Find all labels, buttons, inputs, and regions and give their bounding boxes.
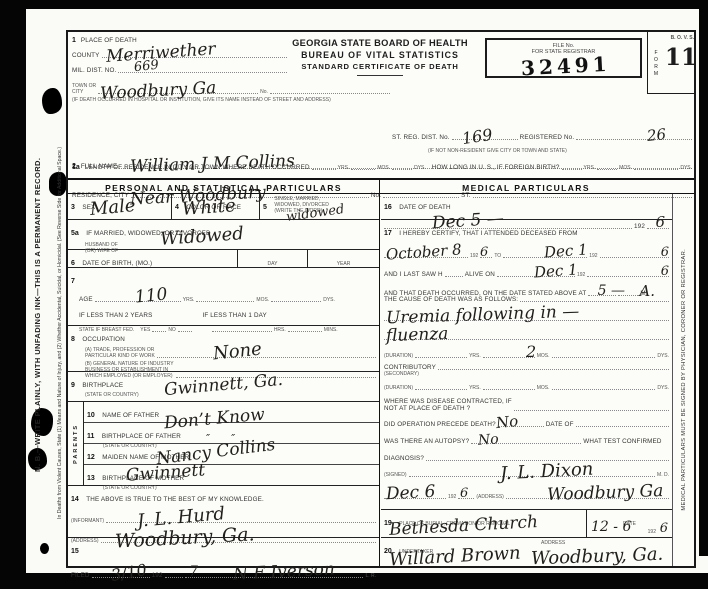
cause-label: THE CAUSE OF DEATH WAS AS FOLLOWS:: [384, 296, 518, 303]
county-label: COUNTY: [72, 52, 100, 59]
dotted-line: [520, 299, 669, 302]
scanned-death-certificate: N. B.—WRITE PLAINLY, WITH UNFADING INK—T…: [0, 0, 708, 589]
mos-label: MOS.: [537, 353, 550, 359]
last-saw-label: AND I LAST SAW H: [384, 271, 443, 278]
foreign-birth-label: HOW LONG IN U. S., IF FOREIGN BIRTH?: [432, 164, 560, 171]
length-of-residence-row: 1a LENGTH OF RESIDENCE IN CITY OR TOWN W…: [72, 164, 692, 171]
filed-year-value: 7: [189, 565, 198, 579]
occupation-a-label2: PARTICULAR KIND OF WORK: [85, 353, 155, 359]
field-number: 11: [87, 433, 94, 440]
registered-no-label: REGISTERED No.: [520, 134, 575, 141]
dotted-line: [576, 424, 669, 427]
place-of-death-label: PLACE OF DEATH: [81, 37, 137, 44]
field-number: 5: [263, 204, 267, 211]
decorative-element: WHERE WAS DISEASE CONTRACTED, IF NOT AT …: [384, 398, 512, 412]
county-value: Merriwether: [106, 41, 217, 66]
less-than-2-years-label: IF LESS THAN 2 YEARS: [79, 312, 152, 319]
date-of-birth-label: DATE OF BIRTH, (MO.): [82, 260, 152, 267]
field-date-of-death: 16 DATE OF DEATH 192 Dec 5 — 6: [381, 194, 672, 220]
section-header-row: PERSONAL AND STATISTICAL PARTICULARS MED…: [68, 178, 694, 194]
yrs-label: YRS.: [338, 165, 350, 171]
decorative-element: DAY: [237, 250, 307, 267]
autopsy-value: No: [478, 432, 500, 447]
decorative-element: DIAGNOSIS?: [384, 455, 669, 462]
title-bureau: BUREAU OF VITAL STATISTICS: [290, 50, 470, 60]
dotted-line: [415, 355, 467, 358]
field-birthplace: 9 BIRTHPLACE (STATE OR COUNTRY) Gwinnett…: [68, 372, 379, 402]
signed-date-value: Dec 6: [386, 484, 436, 504]
scan-edge-right: [699, 0, 708, 556]
attended-from-year: 6: [480, 246, 488, 259]
yrs-label: YRS.: [469, 385, 481, 391]
mos-label: MOS.: [377, 165, 390, 171]
field-number: 15: [71, 548, 79, 555]
file-number-box: FILE No. FOR STATE REGISTRAR 32491: [485, 38, 642, 78]
dotted-line: [597, 167, 617, 170]
attended-from-value: October 8: [386, 242, 463, 262]
to-label: TO: [494, 253, 501, 259]
sex-value: Male: [89, 197, 136, 219]
dotted-line: [271, 299, 321, 302]
decorative-element: DATE 12 - 6 192 6: [586, 510, 672, 537]
decorative-element: 6 DATE OF BIRTH, (MO.): [68, 250, 237, 267]
field-number: 3: [71, 204, 75, 211]
day-label: DAY: [268, 261, 278, 267]
decorative-element: (A) TRADE, PROFESSION OR PARTICULAR KIND…: [85, 347, 376, 359]
last-saw-value: Dec 1: [534, 262, 579, 280]
dotted-line: [600, 255, 669, 258]
parents-block: PARENTS 10 NAME OF FATHER 11 BIRTHPLACE …: [68, 402, 379, 486]
field-signed: (SIGNED) M. D. J. L. Dixon 192 (ADDRESS)…: [381, 466, 672, 510]
year-prefix: 192: [152, 572, 163, 579]
form-number-block: B. O. V. S. FORM 11: [647, 32, 696, 94]
dys-label: DYS.: [657, 353, 669, 359]
duration-months-value: 2: [526, 344, 536, 360]
decorative-element: (INFORMANT) J. L. Hurd: [71, 518, 376, 524]
physician-signature: J. L. Dixon: [500, 461, 594, 484]
signed-year-value: 6: [460, 487, 468, 500]
cause-value-line1: Uremia following in —: [386, 304, 580, 328]
field-informant: 14 THE ABOVE IS TRUE TO THE BEST OF MY K…: [68, 486, 379, 538]
contributory-label: CONTRIBUTORY: [384, 364, 436, 371]
field-contributory: CONTRIBUTORY (SECONDARY) (DURATION) YRS.…: [381, 362, 672, 396]
decorative-element: TOWN OR CITY: [72, 83, 96, 95]
certify-label: I HEREBY CERTIFY, THAT I ATTENDED DECEAS…: [399, 230, 577, 237]
field-undertaker: 20 UNDERTAKER ADDRESS Willard Brown Wood…: [381, 538, 672, 568]
st-reg-dist-value: 169: [461, 127, 493, 147]
field-age: 7 AGE YRS. MOS. DYS. 110 IF LESS THAN 2 …: [68, 268, 379, 326]
dotted-line: [438, 367, 669, 370]
undertaker-address-value: Woodbury, Ga.: [531, 546, 664, 569]
operation-label: DID OPERATION PRECEDE DEATH?: [384, 421, 496, 428]
field-date-of-birth: 6 DATE OF BIRTH, (MO.) DAY YEAR: [68, 250, 379, 268]
decorative-element: (SIGNED) M. D. J. L. Dixon: [384, 472, 669, 478]
signed-label: (SIGNED): [384, 472, 407, 478]
date-of-death-label: DATE OF DEATH: [399, 204, 450, 211]
age-label: AGE: [79, 296, 93, 303]
father-birthplace-label: BIRTHPLACE OF FATHER: [102, 433, 181, 440]
duration-label: (DURATION): [384, 385, 413, 391]
age-value: 110: [134, 286, 168, 306]
decorative-element: MIL. DIST. NO. 669: [72, 67, 287, 74]
title-rule: [357, 75, 403, 76]
field-sex: 3 SEX Male: [68, 194, 172, 219]
dys-label: DYS.: [657, 385, 669, 391]
local-registrar-label: L. R.: [365, 573, 376, 579]
informant-label: (INFORMANT): [71, 518, 104, 524]
dotted-line: [552, 387, 656, 390]
no-label: No.: [260, 89, 268, 95]
decorative-element: DID OPERATION PRECEDE DEATH? DATE OF No: [384, 421, 669, 428]
yrs-label: YRS.: [183, 297, 195, 303]
mos-label: MOS.: [619, 165, 632, 171]
birthplace-label: BIRTHPLACE: [82, 382, 123, 389]
dotted-line: [514, 408, 669, 411]
certificate-title-block: GEORGIA STATE BOARD OF HEALTH BUREAU OF …: [290, 38, 470, 76]
attended-to-value: Dec 1: [544, 242, 589, 260]
dys-label: DYS.: [680, 165, 692, 171]
less-than-1-day-label: IF LESS THAN 1 DAY: [202, 312, 266, 319]
filed-label: FILED: [71, 572, 90, 579]
undertaker-value: Willard Brown: [389, 545, 521, 570]
decorative-element: AGE YRS. MOS. DYS. 110: [79, 296, 372, 303]
decorative-element: AND I LAST SAW H ALIVE ON 192 Dec 1 6: [384, 271, 669, 278]
contracted-label: WHERE WAS DISEASE CONTRACTED, IF: [384, 398, 512, 405]
dotted-line: [587, 274, 669, 277]
field-number: 14: [71, 496, 79, 503]
color-race-value: White: [181, 197, 236, 219]
registration-line: ST. REG. DIST. No. REGISTERED No. 169 26: [392, 134, 692, 141]
form-word-vertical: FORM: [653, 50, 659, 78]
field-certification: 17 I HEREBY CERTIFY, THAT I ATTENDED DEC…: [381, 220, 672, 294]
field-number: 6: [71, 260, 75, 267]
decorative-element: IF LESS THAN 2 YEARS IF LESS THAN 1 DAY: [79, 312, 372, 319]
dotted-line: [634, 167, 678, 170]
occupation-value: None: [212, 340, 262, 363]
title-board-of-health: GEORGIA STATE BOARD OF HEALTH: [290, 38, 470, 48]
margin-note-permanent-record: N. B.—WRITE PLAINLY, WITH UNFADING INK—T…: [33, 80, 49, 550]
field-number: 7: [71, 278, 75, 285]
dotted-line: [576, 137, 692, 140]
field-number: 13: [87, 475, 95, 482]
decorative-element: (A) TRADE, PROFESSION OR PARTICULAR KIND…: [85, 347, 155, 359]
decorative-element: 192 (ADDRESS) Dec 6 6 Woodbury Ga: [384, 494, 669, 500]
field-number: 9: [71, 382, 75, 389]
dotted-line: [351, 167, 375, 170]
attended-to-year: 6: [661, 246, 669, 259]
medical-section-title: MEDICAL PARTICULARS: [380, 180, 694, 193]
cause-value-line2: fluenza: [386, 326, 449, 345]
parents-side-label: PARENTS: [73, 424, 79, 464]
dys-label: DYS.: [414, 165, 426, 171]
field-number: 17: [384, 230, 392, 237]
field-occupation: 8 OCCUPATION (A) TRADE, PROFESSION OR PA…: [68, 326, 379, 372]
mos-label: MOS.: [256, 297, 269, 303]
decorative-element: FILED 192 L. R. 3/10 7 N F Iverson: [71, 572, 376, 579]
dotted-line: [196, 299, 254, 302]
field-marital-status: 5 SINGLE, MARRIED, WIDOWED, DIVORCED (WR…: [260, 194, 379, 219]
secondary-label: (SECONDARY): [384, 371, 669, 377]
certificate-form: 1 PLACE OF DEATH COUNTY Merriwether MIL.…: [66, 30, 696, 568]
medical-margin-note: MEDICAL PARTICULARS MUST BE SIGNED BY PH…: [681, 249, 687, 511]
dotted-line: [270, 91, 390, 94]
field-color-race: 4 COLOR OR RACE White: [172, 194, 260, 219]
signed-address-label: (ADDRESS): [476, 494, 504, 500]
medical-margin-strip: MEDICAL PARTICULARS MUST BE SIGNED BY PH…: [672, 194, 694, 566]
dotted-line: [445, 274, 463, 277]
yrs-label: YRS.: [584, 165, 596, 171]
decorative-element: PARENTS: [68, 402, 84, 485]
decorative-element: THE CAUSE OF DEATH WAS AS FOLLOWS:: [384, 296, 669, 303]
yrs-label: YRS.: [469, 353, 481, 359]
year-prefix: 192: [470, 253, 478, 259]
md-label: M. D.: [657, 472, 669, 478]
decorative-element: 16 DATE OF DEATH 192 Dec 5 — 6 17 I HERE…: [381, 194, 672, 566]
sex-race-marital-row: 3 SEX Male 4 COLOR OR RACE White 5 SINGL…: [68, 194, 379, 220]
field-number: 4: [175, 204, 179, 211]
informant-statement-label: THE ABOVE IS TRUE TO THE BEST OF MY KNOW…: [86, 496, 264, 503]
dotted-line: [483, 387, 535, 390]
decorative-element: fluenza: [384, 337, 669, 341]
form-number: 11: [665, 44, 697, 71]
duration-label: (DURATION): [384, 353, 413, 359]
field-number: 8: [71, 336, 75, 343]
file-number-stamp: 32491: [520, 52, 611, 81]
bovs-label: B. O. V. S.: [671, 35, 694, 41]
last-saw-year: 6: [661, 265, 669, 278]
diagnosis-label: DIAGNOSIS?: [384, 455, 424, 462]
father-name-label: NAME OF FATHER: [102, 412, 159, 419]
field-husband-wife-of: 5a IF MARRIED, WIDOWED, OR DIVORCED HUSB…: [68, 220, 379, 250]
year-prefix: 192: [448, 494, 456, 500]
burial-year-value: 6: [660, 522, 668, 535]
field-disease-questions: WHERE WAS DISEASE CONTRACTED, IF NOT AT …: [381, 396, 672, 466]
residence-note: (IF NOT NON-RESIDENT GIVE CITY OR TOWN A…: [428, 148, 567, 154]
operation-date-label: DATE OF: [546, 421, 574, 428]
decorative-element: 192 TO 192 October 8 6 Dec 1 6: [384, 253, 669, 259]
field-number: 1: [72, 37, 76, 44]
test-confirmed-label: WHAT TEST CONFIRMED: [583, 438, 661, 445]
year-prefix: 192: [589, 253, 597, 259]
undertaker-address-label: ADDRESS: [541, 540, 565, 546]
mos-label: MOS.: [537, 385, 550, 391]
title-certificate: STANDARD CERTIFICATE OF DEATH: [290, 62, 470, 71]
personal-column: 3 SEX Male 4 COLOR OR RACE White 5 SINGL…: [68, 194, 380, 566]
field-number: 1a: [72, 164, 80, 171]
signed-address-value: Woodbury Ga: [546, 483, 663, 504]
dotted-line: [415, 387, 467, 390]
decorative-element: (DURATION) YRS. MOS. DYS. 2: [384, 353, 669, 359]
year-prefix: 192: [648, 529, 656, 535]
contracted-label2: NOT AT PLACE OF DEATH ?: [384, 405, 512, 412]
st-reg-dist-label: ST. REG. DIST. No.: [392, 134, 450, 141]
mil-dist-value: 669: [133, 59, 159, 75]
dys-label: DYS.: [323, 297, 335, 303]
decorative-element: COUNTY Merriwether: [72, 52, 287, 59]
occupation-label: OCCUPATION: [82, 336, 125, 343]
decorative-element: TOWN OR CITY No. Woodbury Ga: [72, 83, 390, 95]
personal-section-title: PERSONAL AND STATISTICAL PARTICULARS: [68, 180, 380, 193]
field-number: 12: [87, 454, 95, 461]
dotted-line: [562, 167, 582, 170]
registered-no-value: 26: [646, 127, 667, 144]
field-cause-of-death: THE CAUSE OF DEATH WAS AS FOLLOWS: Uremi…: [381, 294, 672, 362]
field-filed: 15 FILED 192 L. R. 3/10 7 N F Iverson: [68, 538, 379, 572]
dotted-line: [165, 575, 183, 578]
decorative-element: Uremia following in —: [384, 318, 669, 322]
dotted-line: [312, 167, 336, 170]
autopsy-label: WAS THERE AN AUTOPSY?: [384, 438, 469, 445]
dotted-line: [392, 167, 412, 170]
mil-dist-label: MIL. DIST. NO.: [72, 67, 116, 74]
decorative-element: (DURATION) YRS. MOS. DYS.: [384, 385, 669, 391]
field-burial: 19 PLACE OF BURIAL, CREMATION OR REMOVAL…: [381, 510, 672, 538]
decorative-element: 19 PLACE OF BURIAL, CREMATION OR REMOVAL…: [381, 510, 586, 537]
dotted-line: [157, 355, 376, 358]
town-or-city-label2: CITY: [72, 89, 96, 95]
length-label: LENGTH OF RESIDENCE IN CITY OR TOWN WHER…: [85, 164, 310, 171]
decorative-element: YEAR: [307, 250, 379, 267]
field-number: 5a: [71, 230, 79, 237]
operation-value: No: [495, 414, 519, 431]
medical-column: MEDICAL PARTICULARS MUST BE SIGNED BY PH…: [381, 194, 694, 566]
burial-date-value: 12 - 6: [591, 520, 631, 534]
dotted-line: [552, 355, 656, 358]
alive-on-label: ALIVE ON: [465, 271, 495, 278]
field-number: 16: [384, 204, 392, 211]
decorative-element: CONTRIBUTORY: [384, 364, 669, 371]
burial-value: Bethesda Church: [389, 514, 539, 539]
decorative-element: WHERE WAS DISEASE CONTRACTED, IF NOT AT …: [384, 398, 669, 412]
year-label: YEAR: [337, 261, 351, 267]
field-number: 10: [87, 412, 95, 419]
decorative-element: WAS THERE AN AUTOPSY? WHAT TEST CONFIRME…: [384, 438, 669, 445]
